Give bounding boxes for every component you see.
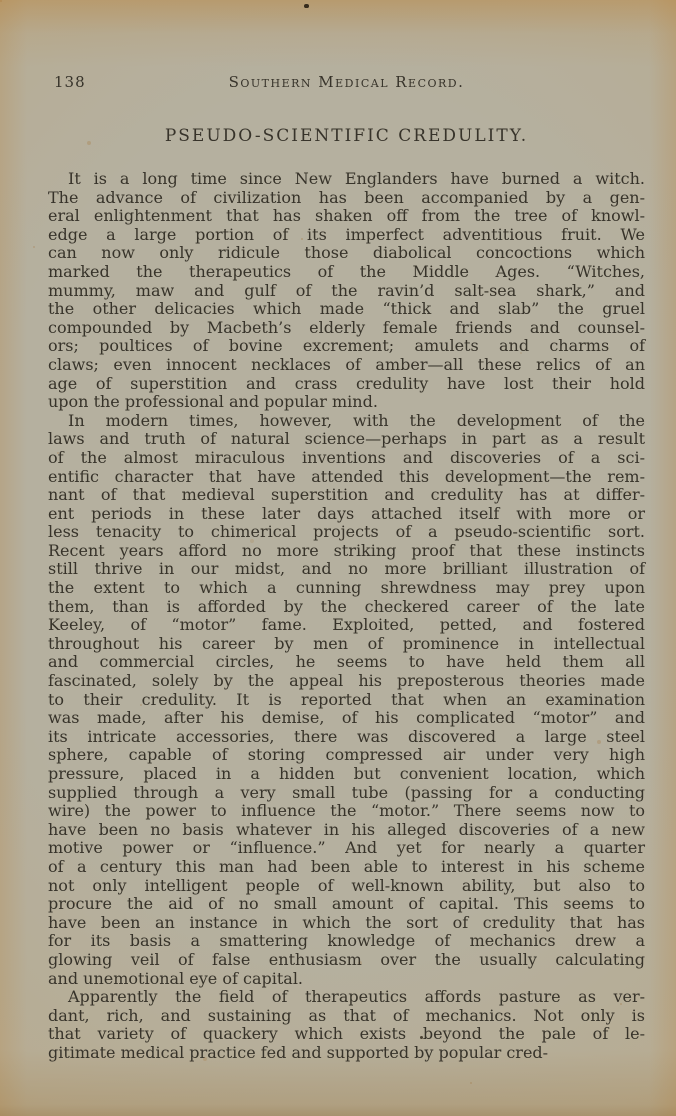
text-line: Keeley, of “motor” fame. Exploited, pett… bbox=[48, 616, 645, 635]
text-line: not only intelligent people of well-know… bbox=[48, 877, 645, 896]
text-line: pressure, placed in a hidden but conveni… bbox=[48, 765, 645, 784]
text-line: age of superstition and crass credulity … bbox=[48, 375, 645, 394]
paragraph: It is a long time since New Englanders h… bbox=[48, 170, 645, 412]
text-line: marked the therapeutics of the Middle Ag… bbox=[48, 263, 645, 282]
text-line: It is a long time since New Englanders h… bbox=[48, 170, 645, 189]
text-line: claws; even innocent necklaces of amber—… bbox=[48, 356, 645, 375]
text-line: sphere, capable of storing compressed ai… bbox=[48, 746, 645, 765]
paragraph: Apparently the field of therapeutics aff… bbox=[48, 988, 645, 1062]
text-line: gitimate medical practice fed and suppor… bbox=[48, 1044, 645, 1063]
text-line: of a century this man had been able to i… bbox=[48, 858, 645, 877]
text-line: Apparently the field of therapeutics aff… bbox=[48, 988, 645, 1007]
text-line: and unemotional eye of capital. bbox=[48, 970, 645, 989]
text-line: and commercial circles, he seems to have… bbox=[48, 653, 645, 672]
text-line: to their credulity. It is reported that … bbox=[48, 691, 645, 710]
text-line: still thrive in our midst, and no more b… bbox=[48, 560, 645, 579]
article-body: It is a long time since New Englanders h… bbox=[48, 170, 645, 1063]
text-line: supplied through a very small tube (pass… bbox=[48, 784, 645, 803]
ink-speck bbox=[304, 4, 309, 8]
text-line: The advance of civilization has been acc… bbox=[48, 189, 645, 208]
text-line: In modern times, however, with the devel… bbox=[48, 412, 645, 431]
text-line: was made, after his demise, of his compl… bbox=[48, 709, 645, 728]
text-line: glowing veil of false enthusiasm over th… bbox=[48, 951, 645, 970]
text-line: eral enlightenment that has shaken off f… bbox=[48, 207, 645, 226]
text-line: laws and truth of natural science—perhap… bbox=[48, 430, 645, 449]
text-line: that variety of quackery which exists be… bbox=[48, 1025, 645, 1044]
text-line: the extent to which a cunning shrewdness… bbox=[48, 579, 645, 598]
paragraph: In modern times, however, with the devel… bbox=[48, 412, 645, 988]
text-line: them, than is afforded by the checkered … bbox=[48, 598, 645, 617]
running-head: 138 Southern Medical Record. bbox=[48, 72, 645, 92]
text-line: of the almost miraculous inventions and … bbox=[48, 449, 645, 468]
text-line: ors; poultices of bovine excrement; amul… bbox=[48, 337, 645, 356]
text-line: mummy, maw and gulf of the ravin’d salt-… bbox=[48, 282, 645, 301]
text-line: can now only ridicule those diabolical c… bbox=[48, 244, 645, 263]
text-line: procure the aid of no small amount of ca… bbox=[48, 895, 645, 914]
text-line: ent periods in these later days attached… bbox=[48, 505, 645, 524]
text-line: the other delicacies which made “thick a… bbox=[48, 300, 645, 319]
text-line: less tenacity to chimerical projects of … bbox=[48, 523, 645, 542]
text-line: have been an instance in which the sort … bbox=[48, 914, 645, 933]
text-line: fascinated, solely by the appeal his pre… bbox=[48, 672, 645, 691]
text-line: edge a large portion of its imperfect ad… bbox=[48, 226, 645, 245]
text-line: for its basis a smattering knowledge of … bbox=[48, 932, 645, 951]
text-line: compounded by Macbeth’s elderly female f… bbox=[48, 319, 645, 338]
text-line: its intricate accessories, there was dis… bbox=[48, 728, 645, 747]
text-line: dant, rich, and sustaining as that of me… bbox=[48, 1007, 645, 1026]
text-line: throughout his career by men of prominen… bbox=[48, 635, 645, 654]
page-content: 138 Southern Medical Record. PSEUDO-SCIE… bbox=[48, 72, 645, 1063]
text-line: Recent years afford no more striking pro… bbox=[48, 542, 645, 561]
text-line: nant of that medieval superstition and c… bbox=[48, 486, 645, 505]
text-line: wire) the power to influence the “motor.… bbox=[48, 802, 645, 821]
text-line: have been no basis whatever in his alleg… bbox=[48, 821, 645, 840]
article-title: PSEUDO-SCIENTIFIC CREDULITY. bbox=[48, 126, 645, 146]
text-line: entific character that have attended thi… bbox=[48, 468, 645, 487]
journal-title: Southern Medical Record. bbox=[48, 72, 645, 92]
scanned-journal-page: 138 Southern Medical Record. PSEUDO-SCIE… bbox=[0, 0, 676, 1116]
text-line: upon the professional and popular mind. bbox=[48, 393, 645, 412]
text-line: motive power or “influence.” And yet for… bbox=[48, 839, 645, 858]
